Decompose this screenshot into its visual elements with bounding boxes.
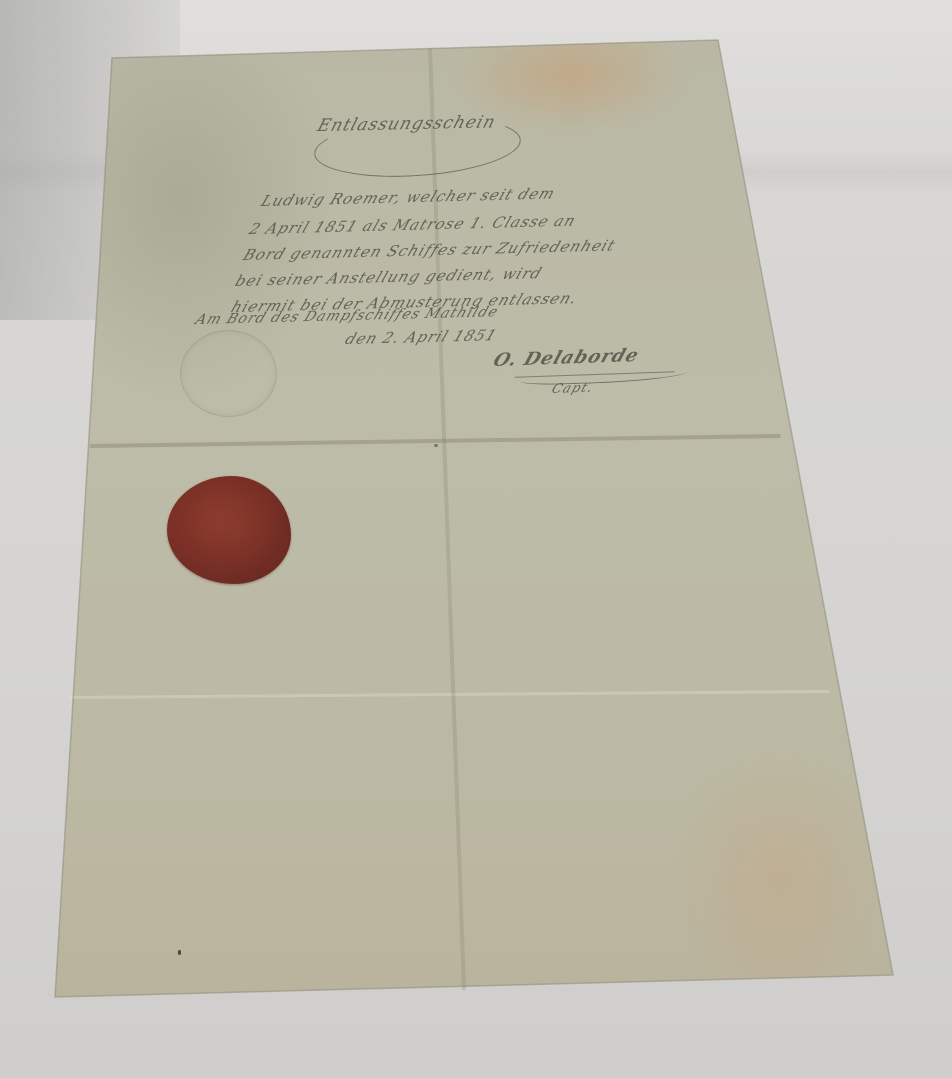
embossed-stamp	[180, 330, 277, 417]
signature-title: Capt.	[550, 381, 596, 397]
wax-seal	[167, 476, 291, 584]
document-heading: Entlassungsschein	[315, 112, 498, 136]
ink-speck	[178, 950, 181, 955]
ink-speck	[434, 444, 438, 447]
seal-texture	[175, 484, 283, 576]
